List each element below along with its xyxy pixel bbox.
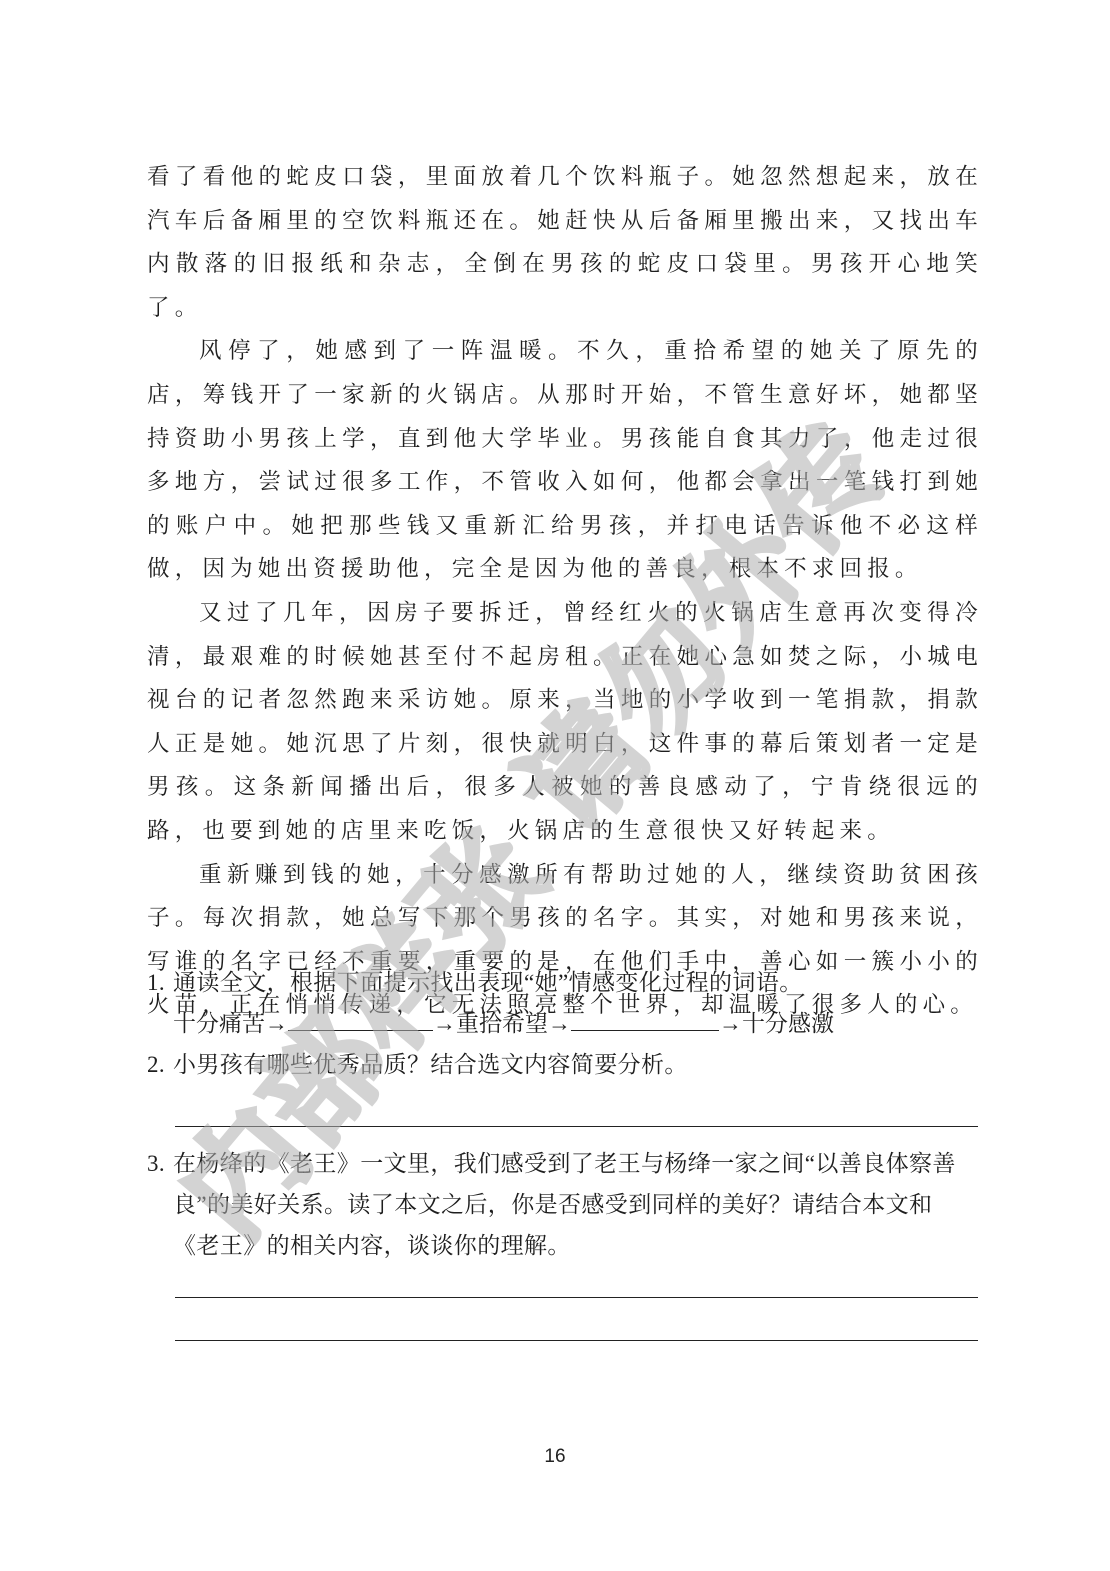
question-2: 2.小男孩有哪些优秀品质？结合选文内容简要分析。: [147, 1044, 983, 1085]
question-text: 通读全文，根据下面提示找出表现“她”情感变化过程的词语。: [173, 970, 803, 995]
chain-step-middle: →重拾希望→: [433, 1011, 571, 1036]
question-number: 1.: [147, 962, 173, 1003]
passage-paragraph-1: 看了看他的蛇皮口袋，里面放着几个饮料瓶子。她忽然想起来，放在汽车后备厢里的空饮料…: [147, 156, 983, 330]
passage-paragraph-3: 又过了几年，因房子要拆迁，曾经红火的火锅店生意再次变得冷清，最艰难的时候她甚至付…: [147, 592, 983, 854]
answer-line-question-3-b[interactable]: [175, 1340, 978, 1341]
question-text-line-1: 在杨绛的《老王》一文里，我们感受到了老王与杨绛一家之间“以善良体察善: [173, 1151, 956, 1176]
passage-paragraph-2: 风停了，她感到了一阵温暖。不久，重拾希望的她关了原先的店，筹钱开了一家新的火锅店…: [147, 330, 983, 592]
question-3-line-2: 良”的美好关系。读了本文之后，你是否感受到同样的美好？请结合本文和: [147, 1184, 983, 1225]
chain-step-end: →十分感激: [719, 1011, 834, 1036]
question-3: 3.在杨绛的《老王》一文里，我们感受到了老王与杨绛一家之间“以善良体察善: [147, 1143, 983, 1184]
answer-blank-1[interactable]: [288, 1008, 433, 1031]
question-1: 1.通读全文，根据下面提示找出表现“她”情感变化过程的词语。: [147, 962, 983, 1003]
question-3-line-3: 《老王》的相关内容，谈谈你的理解。: [147, 1225, 983, 1266]
question-number: 2.: [147, 1044, 173, 1085]
question-text: 小男孩有哪些优秀品质？结合选文内容简要分析。: [173, 1052, 688, 1077]
emotion-chain: 十分痛苦→→重拾希望→→十分感激: [147, 1003, 983, 1044]
answer-line-question-3-a[interactable]: [175, 1297, 978, 1298]
question-3-block: 3.在杨绛的《老王》一文里，我们感受到了老王与杨绛一家之间“以善良体察善 良”的…: [147, 1143, 983, 1266]
question-number: 3.: [147, 1143, 173, 1184]
question-section: 1.通读全文，根据下面提示找出表现“她”情感变化过程的词语。 十分痛苦→→重拾希…: [147, 962, 983, 1085]
textbook-page: 看了看他的蛇皮口袋，里面放着几个饮料瓶子。她忽然想起来，放在汽车后备厢里的空饮料…: [0, 0, 1110, 1571]
chain-step-start: 十分痛苦→: [173, 1011, 288, 1036]
page-number: 16: [0, 1446, 1110, 1468]
answer-blank-2[interactable]: [571, 1008, 719, 1031]
reading-passage: 看了看他的蛇皮口袋，里面放着几个饮料瓶子。她忽然想起来，放在汽车后备厢里的空饮料…: [147, 156, 983, 1028]
answer-line-question-2[interactable]: [175, 1126, 978, 1127]
